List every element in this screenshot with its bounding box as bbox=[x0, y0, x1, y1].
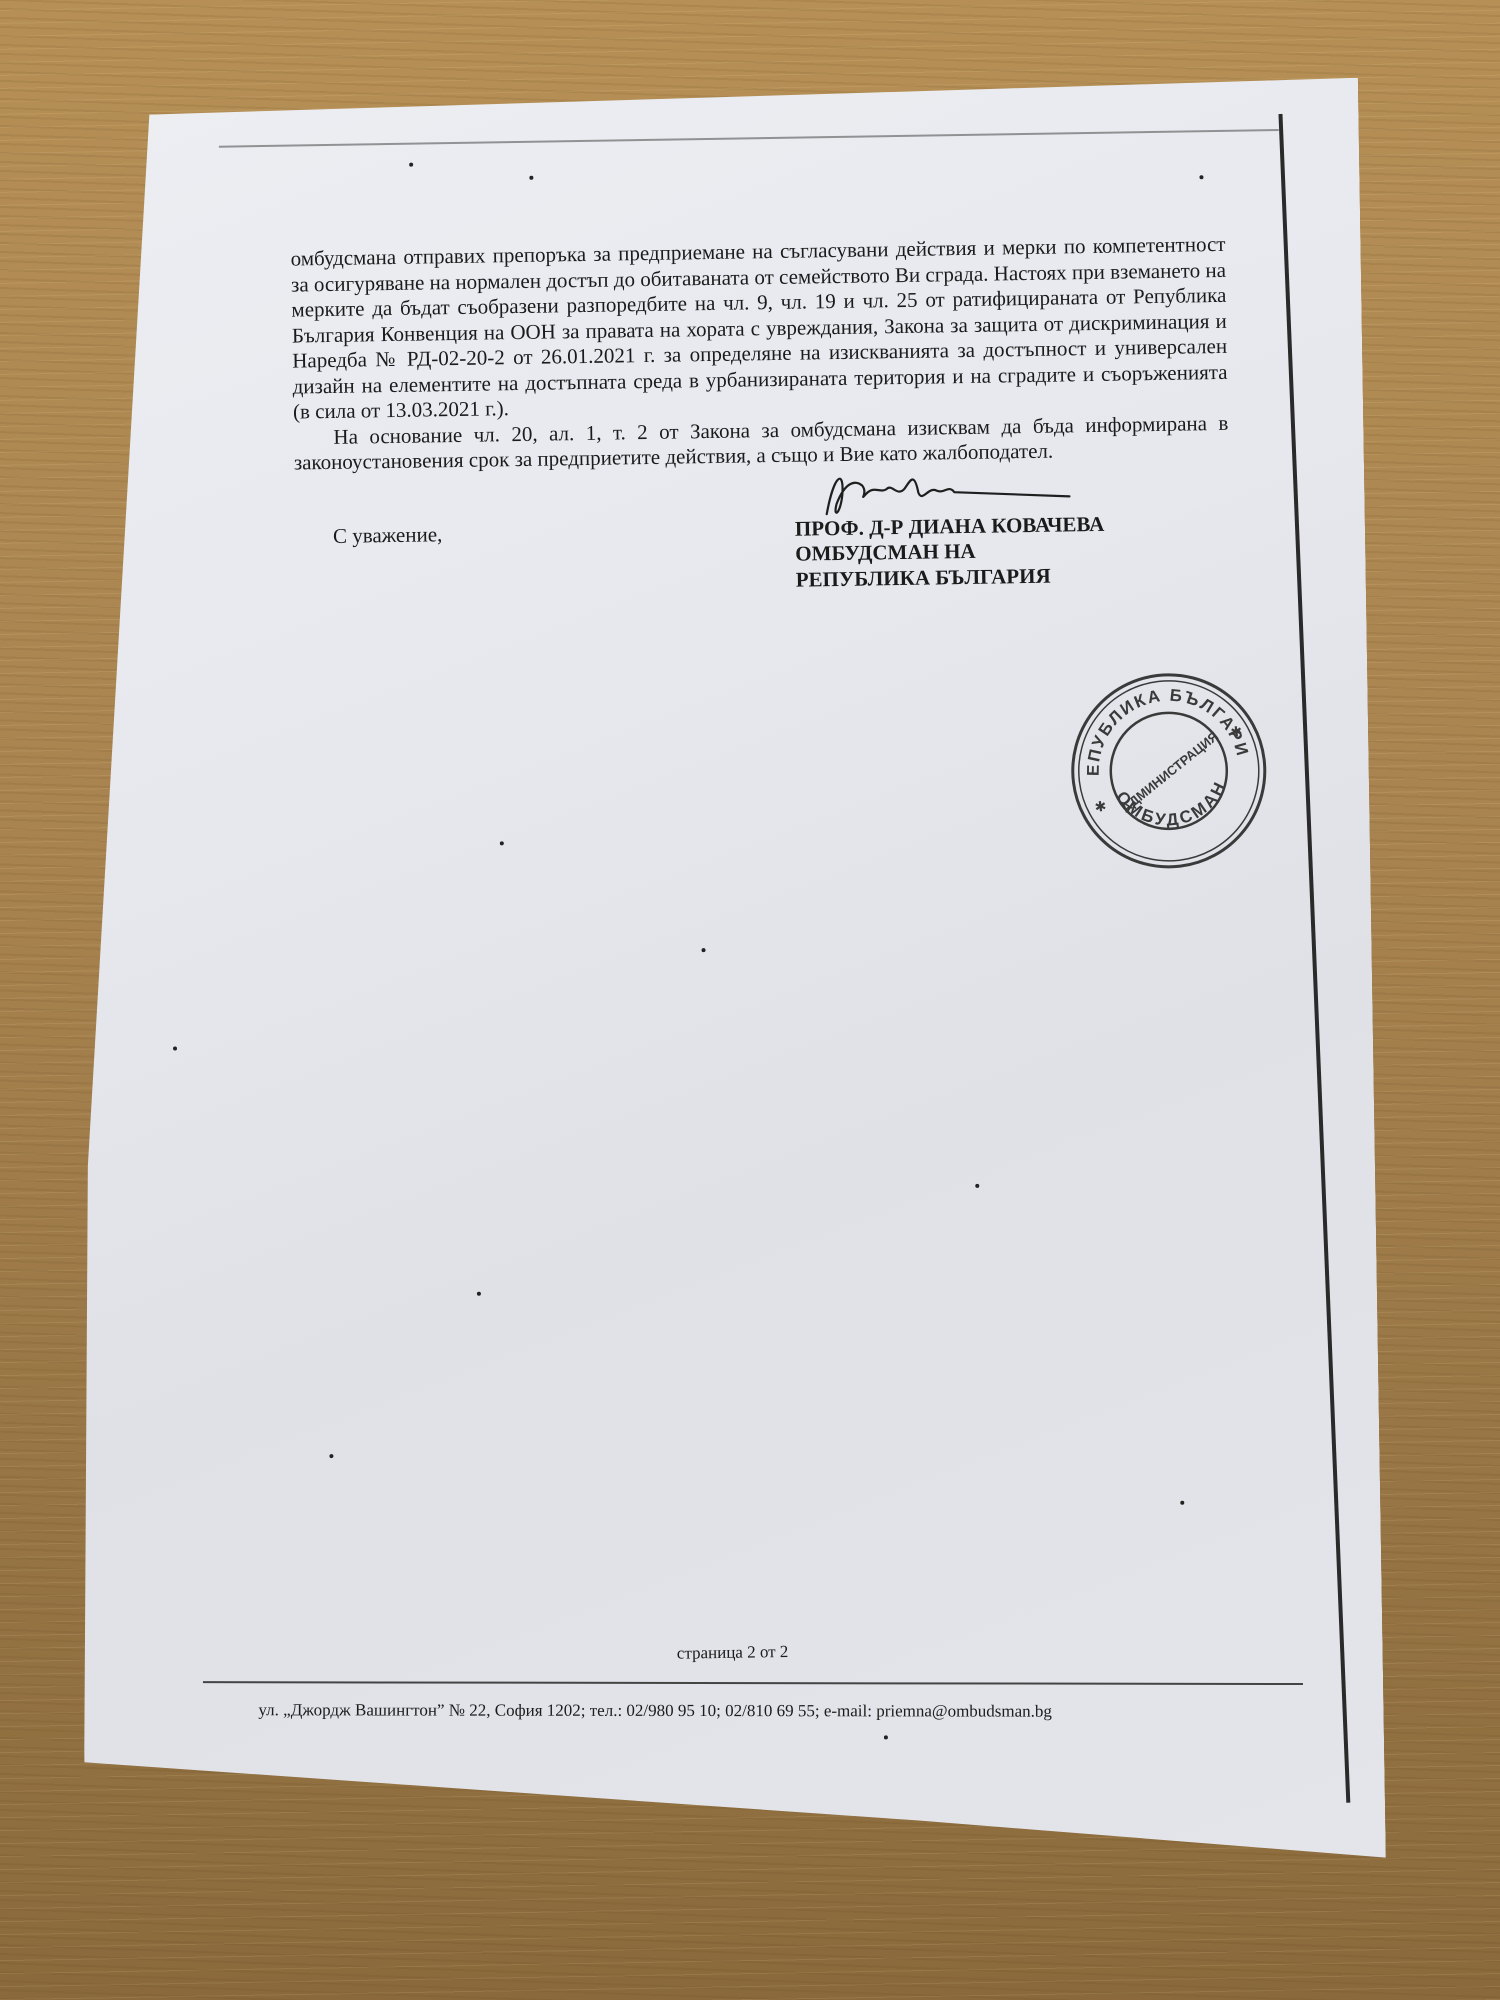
official-stamp: РЕПУБЛИКА БЪЛГАРИЯ ОМБУДСМАН АДМИНИСТРАЦ… bbox=[1057, 660, 1280, 883]
toner-speck bbox=[1199, 175, 1203, 179]
letter-body: омбудсмана отправих препоръка за предпри… bbox=[290, 232, 1231, 604]
right-margin-rule bbox=[1278, 114, 1350, 1803]
signatory-block: ПРОФ. Д-Р ДИАНА КОВАЧЕВА ОМБУДСМАН НА РЕ… bbox=[795, 511, 1106, 592]
closing-salutation: С уважение, bbox=[333, 522, 443, 549]
document-page: омбудсмана отправих препоръка за предпри… bbox=[58, 78, 1386, 1878]
stamp-star-icon: ✱ bbox=[1094, 800, 1107, 816]
closing-section: С уважение, ПРОФ. Д-Р ДИАНА КОВАЧЕВА ОМБ… bbox=[294, 469, 1231, 604]
toner-speck bbox=[329, 1454, 333, 1458]
toner-speck bbox=[173, 1046, 177, 1050]
toner-speck bbox=[702, 948, 706, 952]
toner-speck bbox=[500, 841, 504, 845]
page-indicator: страница 2 от 2 bbox=[83, 1633, 1383, 1673]
signatory-position-line2: РЕПУБЛИКА БЪЛГАРИЯ bbox=[796, 562, 1106, 592]
toner-speck bbox=[477, 1292, 481, 1296]
header-rule bbox=[219, 129, 1279, 148]
footer-rule bbox=[203, 1681, 1303, 1685]
toner-speck bbox=[409, 163, 413, 167]
toner-speck bbox=[975, 1184, 979, 1188]
toner-speck bbox=[884, 1735, 888, 1739]
footer-address: ул. „Джордж Вашингтон” № 22, София 1202;… bbox=[258, 1700, 1318, 1722]
stamp-star-icon: ✱ bbox=[1230, 725, 1243, 741]
toner-speck bbox=[1180, 1501, 1184, 1505]
toner-speck bbox=[529, 176, 533, 180]
signatory-name: ПРОФ. Д-Р ДИАНА КОВАЧЕВА bbox=[795, 511, 1105, 541]
body-paragraph-1: омбудсмана отправих препоръка за предпри… bbox=[290, 232, 1228, 425]
